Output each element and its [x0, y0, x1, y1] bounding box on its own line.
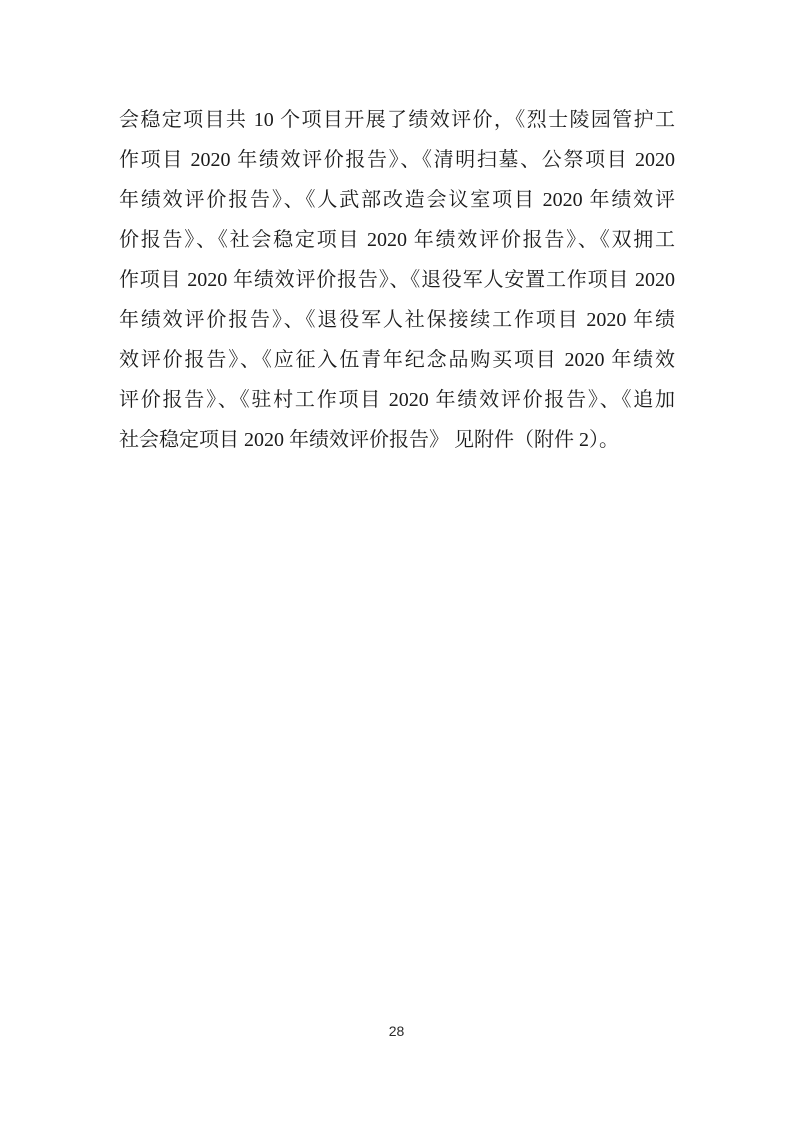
paragraph-line: 社会稳定项目 2020 年绩效评价报告》 见附件（附件 2）。 — [119, 420, 675, 460]
paragraph-line: 作项目 2020 年绩效评价报告》、《退役军人安置工作项目 2020 — [119, 260, 675, 300]
paragraph-line: 作项目 2020 年绩效评价报告》、《清明扫墓、公祭项目 2020 — [119, 140, 675, 180]
document-page: 会稳定项目共 10 个项目开展了绩效评价，《烈士陵园管护工 作项目 2020 年… — [0, 0, 793, 1122]
paragraph-line: 评价报告》、《驻村工作项目 2020 年绩效评价报告》、《追加 — [119, 380, 675, 420]
paragraph: 会稳定项目共 10 个项目开展了绩效评价，《烈士陵园管护工 作项目 2020 年… — [119, 100, 675, 460]
paragraph-line: 会稳定项目共 10 个项目开展了绩效评价，《烈士陵园管护工 — [119, 100, 675, 140]
paragraph-line: 价报告》、《社会稳定项目 2020 年绩效评价报告》、《双拥工 — [119, 220, 675, 260]
paragraph-line: 效评价报告》、《应征入伍青年纪念品购买项目 2020 年绩效 — [119, 340, 675, 380]
paragraph-line: 年绩效评价报告》、《人武部改造会议室项目 2020 年绩效评 — [119, 180, 675, 220]
page-number: 28 — [0, 1022, 793, 1040]
paragraph-line: 年绩效评价报告》、《退役军人社保接续工作项目 2020 年绩 — [119, 300, 675, 340]
